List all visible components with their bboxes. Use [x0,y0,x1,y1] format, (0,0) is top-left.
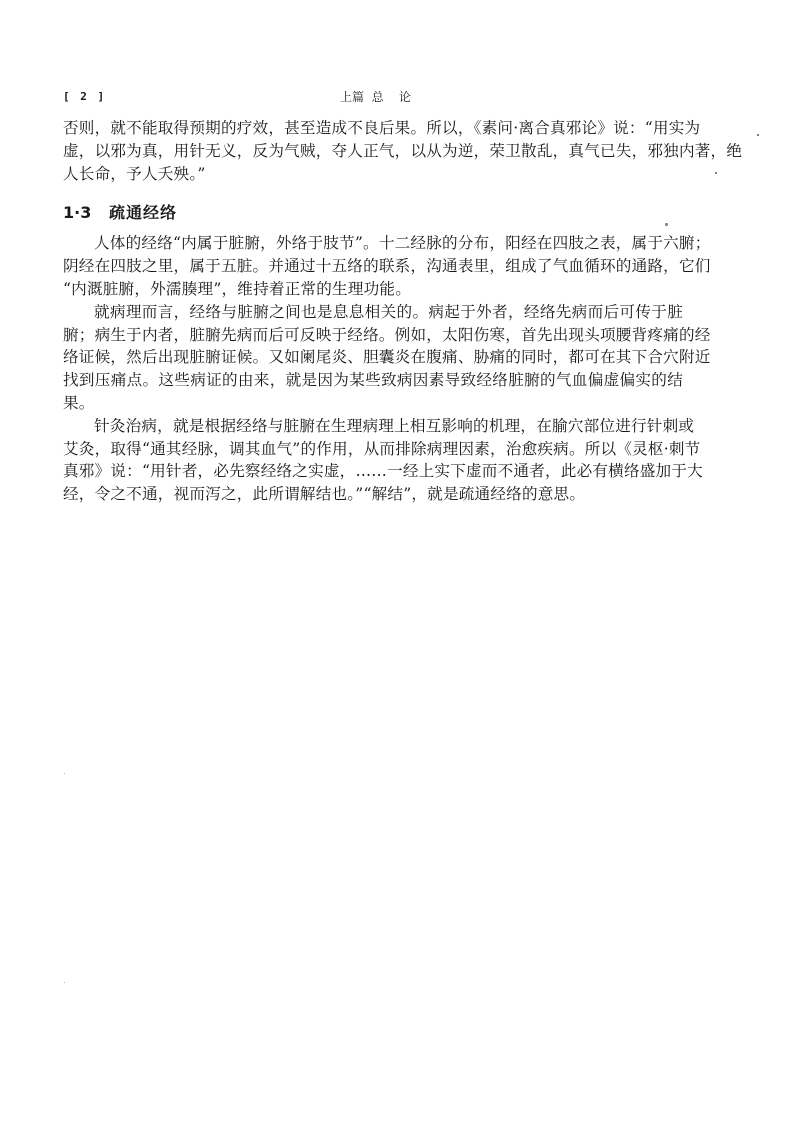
paragraph: 针灸治病，就是根据经络与脏腑在生理病理上相互影响的机理，在腧穴部位进行针刺或 艾… [63,415,683,506]
scan-speck [715,172,717,174]
body-text: 否则，就不能取得预期的疗效，甚至造成不良后果。所以，《素问·离合真邪论》说：“用… [63,117,683,506]
running-header: [ 2 ] 上篇 总 论 [63,89,683,105]
section-number: 1·3 [63,201,109,225]
text-line: 阴经在四肢之里，属于五脏。并通过十五络的联系，沟通表里，组成了气血循环的通路，它… [63,255,683,278]
text-line: 艾灸，取得“通其经脉，调其血气”的作用，从而排除病理因素，治愈疾病。所以《灵枢·… [63,438,683,461]
text-line: 络证候，然后出现脏腑证候。又如阑尾炎、胆囊炎在腹痛、胁痛的同时，都可在其下合穴附… [63,346,683,369]
scan-speck [757,134,759,136]
text-line: 找到压痛点。这些病证的由来，就是因为某些致病因素导致经络脏腑的气血偏虚偏实的结 [63,369,683,392]
page-number: [ 2 ] [63,89,106,105]
text-line: 针灸治病，就是根据经络与脏腑在生理病理上相互影响的机理，在腧穴部位进行针刺或 [63,415,683,438]
paragraph: 人体的经络“内属于脏腑，外络于肢节”。十二经脉的分布，阳经在四肢之表，属于六腑；… [63,232,683,300]
scan-speck [64,982,65,983]
running-title: 上篇 总 论 [340,89,411,105]
text-line: 否则，就不能取得预期的疗效，甚至造成不良后果。所以，《素问·离合真邪论》说：“用… [63,117,683,140]
text-line: 虚，以邪为真，用针无义，反为气贼，夺人正气，以从为逆，荣卫散乱，真气已失，邪独内… [63,140,683,163]
section-title: 疏通经络 [109,203,177,222]
text-line: 人体的经络“内属于脏腑，外络于肢节”。十二经脉的分布，阳经在四肢之表，属于六腑； [63,232,683,255]
text-line: 经，令之不通，视而泻之，此所谓解结也。”“解结”，就是疏通经络的意思。 [63,483,683,506]
text-line: 果。 [63,392,683,415]
text-line: 腑；病生于内者，脏腑先病而后可反映于经络。例如，太阳伤寒，首先出现头项腰背疼痛的… [63,324,683,347]
text-line: 人长命，予人夭殃。” [63,163,683,186]
section-heading: 1·3疏通经络 [63,201,683,225]
scan-speck [64,773,65,774]
scan-speck [665,223,668,226]
paragraph-continuation: 否则，就不能取得预期的疗效，甚至造成不良后果。所以，《素问·离合真邪论》说：“用… [63,117,683,185]
document-page: [ 2 ] 上篇 总 论 否则，就不能取得预期的疗效，甚至造成不良后果。所以，《… [0,0,802,1122]
text-line: 真邪》说：“用针者，必先察经络之实虚，……一经上实下虚而不通者，此必有横络盛加于… [63,460,683,483]
paragraph: 就病理而言，经络与脏腑之间也是息息相关的。病起于外者，经络先病而后可传于脏 腑；… [63,301,683,415]
text-line: 就病理而言，经络与脏腑之间也是息息相关的。病起于外者，经络先病而后可传于脏 [63,301,683,324]
text-line: “内溉脏腑，外濡腠理”，维持着正常的生理功能。 [63,278,683,301]
